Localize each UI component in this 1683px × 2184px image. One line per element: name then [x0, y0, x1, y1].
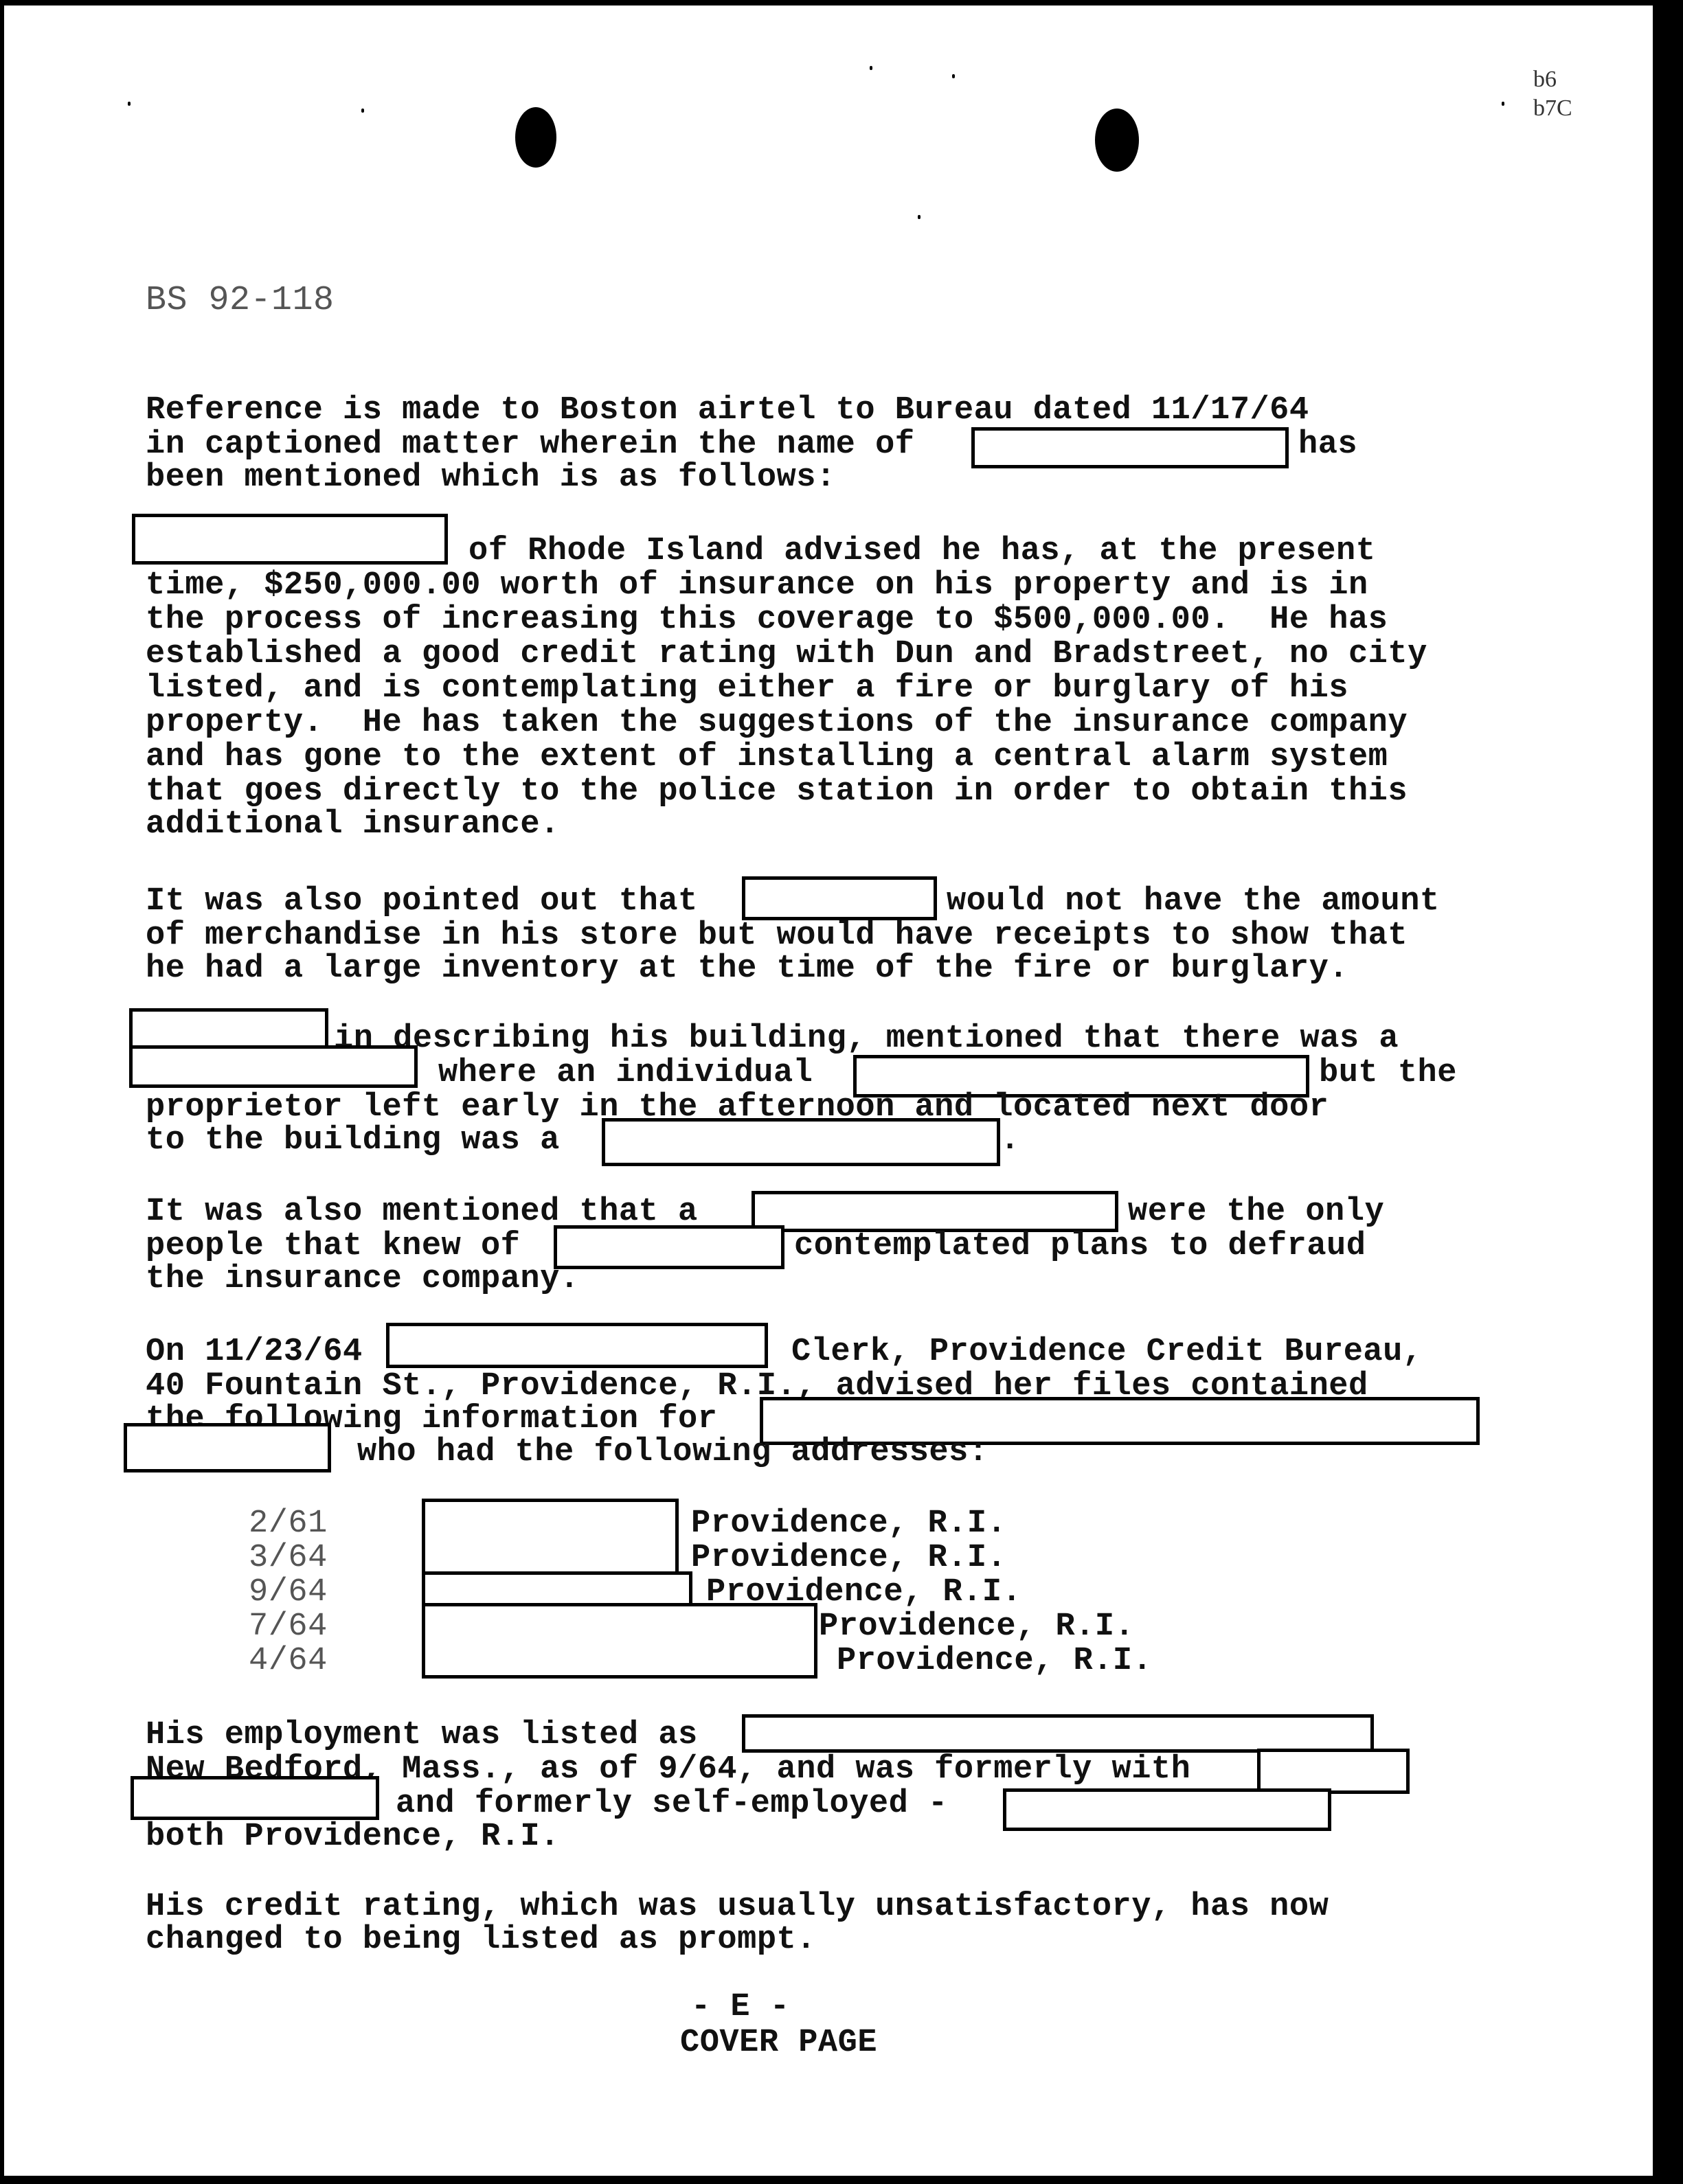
p2-line-9: additional insurance. [146, 808, 560, 842]
scan-speck [1502, 102, 1504, 106]
redaction-box [742, 1714, 1374, 1753]
address-date: 3/64 [249, 1541, 328, 1576]
p2-line-3: the process of increasing this coverage … [146, 603, 1388, 637]
scan-speck [870, 66, 872, 70]
redaction-box [129, 1045, 418, 1088]
p7-line-3: and formerly self-employed - [396, 1787, 948, 1821]
redaction-box [971, 427, 1289, 468]
p1-line-2: in captioned matter wherein the name of [146, 428, 914, 462]
redaction-box [554, 1225, 784, 1269]
p2-line-1: of Rhode Island advised he has, at the p… [468, 534, 1375, 569]
redaction-box [602, 1118, 1000, 1166]
p1-line-1: Reference is made to Boston airtel to Bu… [146, 394, 1309, 428]
p6-line-1b: Clerk, Providence Credit Bureau, [791, 1335, 1423, 1369]
p7-line-1: His employment was listed as [146, 1718, 698, 1753]
p2-line-6: property. He has taken the suggestions o… [146, 706, 1408, 740]
redaction-box [132, 514, 448, 565]
p2-line-7: and has gone to the extent of installing… [146, 740, 1388, 775]
scan-speck [952, 74, 955, 78]
page-letter: - E - [691, 1990, 790, 2025]
cover-page-label: COVER PAGE [680, 2026, 877, 2060]
document-page: b6 b7C BS 92-118 Reference is made to Bo… [4, 5, 1653, 2176]
p5-line-2b: contemplated plans to defraud [794, 1229, 1366, 1264]
p4-line-2a: where an individual [438, 1056, 813, 1091]
p4-line-4: to the building was a [146, 1124, 560, 1158]
p5-line-3: the insurance company. [146, 1262, 580, 1297]
address-city: Providence, R.I. [691, 1507, 1006, 1541]
address-date: 7/64 [249, 1610, 328, 1644]
scan-speck [128, 102, 131, 106]
p2-line-5: listed, and is contemplating either a fi… [146, 672, 1348, 706]
redaction-box [129, 1008, 328, 1051]
address-city: Providence, R.I. [819, 1610, 1134, 1644]
redaction-box [422, 1571, 692, 1607]
p8-line-1: His credit rating, which was usually uns… [146, 1890, 1329, 1924]
punch-hole-right [1095, 109, 1139, 172]
scan-speck [918, 215, 920, 219]
redaction-box [742, 876, 937, 920]
exemption-marker-b6: b6 [1533, 66, 1557, 93]
p3-line-2: of merchandise in his store but would ha… [146, 919, 1408, 953]
p2-line-2: time, $250,000.00 worth of insurance on … [146, 569, 1368, 603]
redaction-box [1003, 1788, 1331, 1831]
redaction-box [422, 1603, 817, 1679]
p4-line-4b: . [1000, 1124, 1020, 1158]
p1-line-3: been mentioned which is as follows: [146, 461, 836, 495]
p3-line-1a: It was also pointed out that [146, 885, 698, 919]
p6-line-1a: On 11/23/64 [146, 1335, 363, 1369]
p2-line-4: established a good credit rating with Du… [146, 637, 1427, 672]
address-city: Providence, R.I. [837, 1644, 1152, 1679]
p5-line-1a: It was also mentioned that a [146, 1195, 698, 1229]
address-date: 9/64 [249, 1576, 328, 1610]
p1-line-2b: has [1298, 428, 1357, 462]
address-city: Providence, R.I. [706, 1576, 1021, 1610]
p5-line-2a: people that knew of [146, 1229, 520, 1264]
exemption-marker-b7c: b7C [1533, 95, 1572, 122]
p6-line-4: who had the following addresses: [357, 1435, 989, 1470]
address-date: 2/61 [249, 1507, 328, 1541]
address-date: 4/64 [249, 1644, 328, 1679]
p5-line-1b: were the only [1128, 1195, 1384, 1229]
file-number: BS 92-118 [146, 284, 335, 318]
p7-line-4: both Providence, R.I. [146, 1820, 560, 1854]
p8-line-2: changed to being listed as prompt. [146, 1923, 816, 1957]
redaction-box [752, 1191, 1118, 1232]
redaction-box [422, 1499, 679, 1576]
scan-speck [361, 109, 364, 113]
p2-line-8: that goes directly to the police station… [146, 775, 1408, 809]
redaction-box [1257, 1749, 1410, 1794]
address-city: Providence, R.I. [691, 1541, 1006, 1576]
punch-hole-left [515, 107, 556, 168]
redaction-box [124, 1423, 331, 1472]
p4-line-1: in describing his building, mentioned th… [334, 1022, 1399, 1056]
p3-line-1b: would not have the amount [947, 885, 1440, 919]
p3-line-3: he had a large inventory at the time of … [146, 952, 1348, 986]
redaction-box [131, 1776, 379, 1820]
redaction-box [386, 1323, 768, 1368]
p4-line-2b: but the [1319, 1056, 1457, 1091]
